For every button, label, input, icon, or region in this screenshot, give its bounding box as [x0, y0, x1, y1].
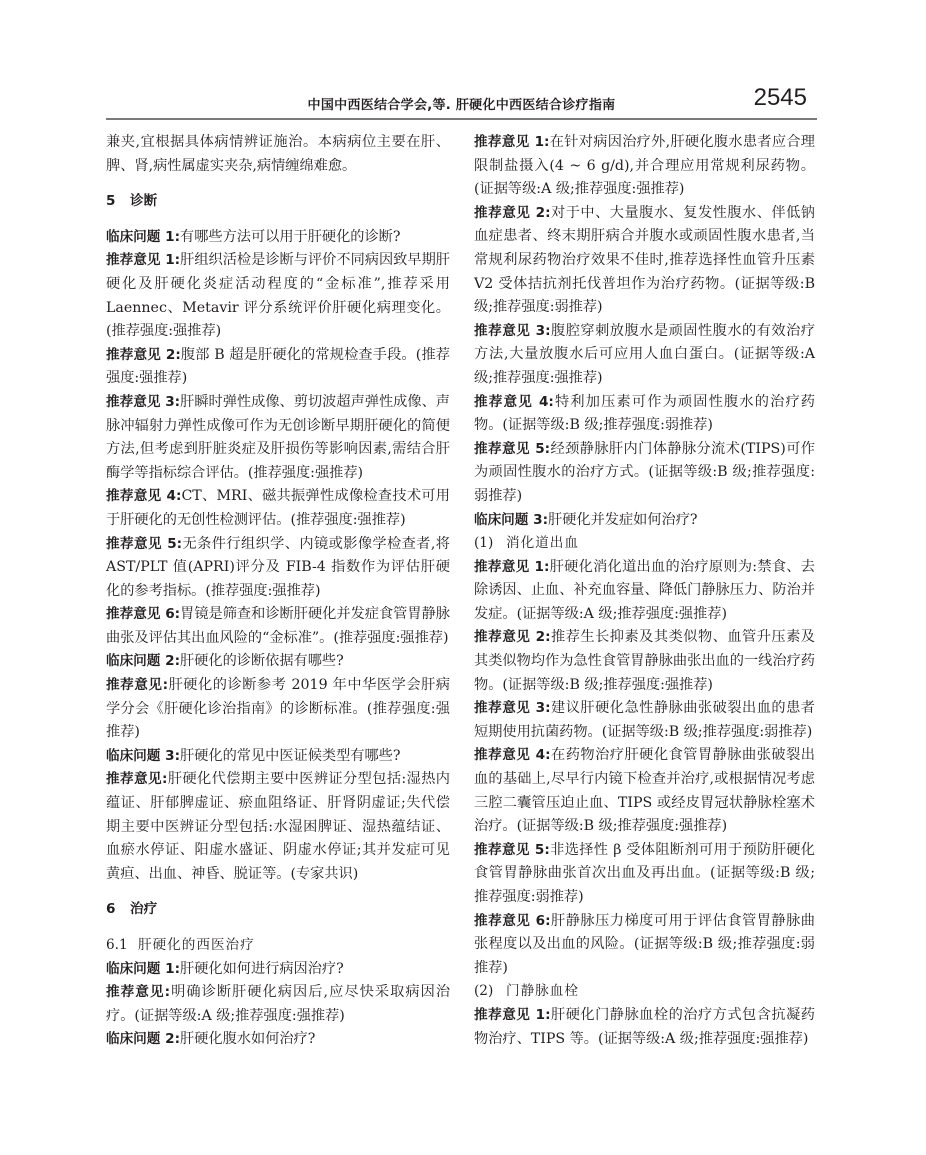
subsection-heading: (1)消化道出血	[474, 532, 815, 556]
recommendation: 推荐意见 1:肝组织活检是诊断与评价不同病因致早期肝硬化及肝硬化炎症活动程度的“…	[106, 249, 450, 343]
recommendation-label: 推荐意见 4:	[474, 747, 551, 763]
recommendation-text: 对于中、大量腹水、复发性腹水、伴低钠血症患者、终末期肝病合并腹水或顽固性腹水患者…	[474, 205, 815, 315]
recommendation: 推荐意见 6:肝静脉压力梯度可用于评估食管胃静脉曲张程度以及出血的风险。(证据等…	[474, 910, 815, 981]
section-number: 5	[106, 190, 130, 214]
recommendation: 推荐意见 4:CT、MRI、磁共振弹性成像检查技术可用于肝硬化的无创性检测评估。…	[106, 485, 450, 532]
recommendation-label: 推荐意见 1:	[106, 252, 180, 268]
recommendation: 推荐意见:肝硬化的诊断参考 2019 年中华医学会肝病学分会《肝硬化诊治指南》的…	[106, 674, 450, 745]
recommendation-label: 推荐意见:	[106, 984, 170, 1000]
recommendation: 推荐意见:肝硬化代偿期主要中医辨证分型包括:湿热内蕴证、肝郁脾虚证、瘀血阻络证、…	[106, 768, 450, 886]
recommendation-label: 推荐意见 5:	[106, 536, 182, 552]
subsection-heading: 6.1肝硬化的西医治疗	[106, 934, 450, 958]
clinical-question: 临床问题 3:肝硬化并发症如何治疗?	[474, 509, 815, 533]
header-rule	[106, 118, 817, 120]
recommendation-label: 推荐意见 4:	[474, 394, 554, 410]
question-text: 有哪些方法可以用于肝硬化的诊断?	[180, 229, 400, 245]
recommendation: 推荐意见 3:腹腔穿刺放腹水是顽固性腹水的有效治疗方法,大量放腹水后可应用人血白…	[474, 320, 815, 391]
section-heading-diagnosis: 5诊断	[106, 190, 450, 214]
question-label: 临床问题 3:	[106, 748, 180, 764]
question-text: 肝硬化的常见中医证候类型有哪些?	[180, 748, 400, 764]
recommendation-label: 推荐意见:	[106, 771, 167, 787]
section-number: 6	[106, 898, 130, 922]
clinical-question: 临床问题 2:肝硬化的诊断依据有哪些?	[106, 650, 450, 674]
recommendation-label: 推荐意见 2:	[474, 629, 551, 645]
recommendation: 推荐意见 2:推荐生长抑素及其类似物、血管升压素及其类似物均作为急性食管胃静脉曲…	[474, 626, 815, 697]
recommendation: 推荐意见 5:无条件行组织学、内镜或影像学检查者,将 AST/PLT 值(APR…	[106, 533, 450, 604]
section-title: 诊断	[130, 193, 157, 209]
recommendation: 推荐意见 5:非选择性 β 受体阻断剂可用于预防肝硬化食管胃静脉曲张首次出血及再…	[474, 839, 815, 910]
recommendation-label: 推荐意见 1:	[474, 1007, 551, 1023]
question-text: 肝硬化的诊断依据有哪些?	[180, 653, 344, 669]
section-title: 治疗	[130, 901, 157, 917]
clinical-question: 临床问题 1:肝硬化如何进行病因治疗?	[106, 958, 450, 982]
subsection-heading: (2)门静脉血栓	[474, 980, 815, 1004]
recommendation-label: 推荐意见 5:	[474, 441, 550, 457]
recommendation: 推荐意见 3:肝瞬时弹性成像、剪切波超声弹性成像、声脉冲辐射力弹性成像可作为无创…	[106, 391, 450, 485]
recommendation-label: 推荐意见 4:	[106, 488, 181, 504]
recommendation-label: 推荐意见 2:	[474, 205, 551, 221]
question-text: 肝硬化并发症如何治疗?	[548, 512, 697, 528]
recommendation: 推荐意见 1:肝硬化消化道出血的治疗原则为:禁食、去除诱因、止血、补充血容量、降…	[474, 556, 815, 627]
running-title: 中国中西医结合学会,等. 肝硬化中西医结合诊疗指南	[106, 94, 817, 113]
intro-paragraph: 兼夹,宜根据具体病情辨证施治。本病病位主要在肝、脾、肾,病性属虚实夹杂,病情缠绵…	[106, 131, 450, 178]
recommendation: 推荐意见 2:对于中、大量腹水、复发性腹水、伴低钠血症患者、终末期肝病合并腹水或…	[474, 202, 815, 320]
left-column: 兼夹,宜根据具体病情辨证施治。本病病位主要在肝、脾、肾,病性属虚实夹杂,病情缠绵…	[106, 131, 450, 1052]
question-label: 临床问题 2:	[106, 653, 180, 669]
recommendation-label: 推荐意见 3:	[474, 700, 551, 716]
right-column: 推荐意见 1:在针对病因治疗外,肝硬化腹水患者应合理限制盐摄入(4 ~ 6 g/…	[474, 131, 815, 1051]
recommendation: 推荐意见:明确诊断肝硬化病因后,应尽快采取病因治疗。(证据等级:A 级;推荐强度…	[106, 981, 450, 1028]
page-number: 2545	[754, 84, 807, 112]
recommendation: 推荐意见 3:建议肝硬化急性静脉曲张破裂出血的患者短期使用抗菌药物。(证据等级:…	[474, 697, 815, 744]
subsection-title: 消化道出血	[506, 535, 579, 551]
recommendation: 推荐意见 4:在药物治疗肝硬化食管胃静脉曲张破裂出血的基础上,尽早行内镜下检查并…	[474, 744, 815, 838]
subsection-number: (2)	[474, 980, 506, 1004]
recommendation-label: 推荐意见 6:	[474, 913, 551, 929]
subsection-title: 肝硬化的西医治疗	[138, 937, 255, 953]
question-label: 临床问题 1:	[106, 229, 180, 245]
question-text: 肝硬化如何进行病因治疗?	[180, 961, 344, 977]
recommendation-label: 推荐意见 5:	[474, 842, 550, 858]
subsection-number: 6.1	[106, 934, 138, 958]
question-label: 临床问题 1:	[106, 961, 180, 977]
clinical-question: 临床问题 2:肝硬化腹水如何治疗?	[106, 1028, 450, 1052]
recommendation: 推荐意见 5:经颈静脉肝内门体静脉分流术(TIPS)可作为顽固性腹水的治疗方式。…	[474, 438, 815, 509]
recommendation: 推荐意见 4:特利加压素可作为顽固性腹水的治疗药物。(证据等级:B 级;推荐强度…	[474, 391, 815, 438]
question-label: 临床问题 3:	[474, 512, 548, 528]
recommendation: 推荐意见 6:胃镜是筛查和诊断肝硬化并发症食管胃静脉曲张及评估其出血风险的“金标…	[106, 603, 450, 650]
recommendation-label: 推荐意见 3:	[474, 323, 551, 339]
recommendation-label: 推荐意见 1:	[474, 559, 549, 575]
section-heading-treatment: 6治疗	[106, 898, 450, 922]
recommendation: 推荐意见 2:腹部 B 超是肝硬化的常规检查手段。(推荐强度:强推荐)	[106, 344, 450, 391]
recommendation: 推荐意见 1:肝硬化门静脉血栓的治疗方式包含抗凝药物治疗、TIPS 等。(证据等…	[474, 1004, 815, 1051]
recommendation-label: 推荐意见 1:	[474, 134, 549, 150]
clinical-question: 临床问题 1:有哪些方法可以用于肝硬化的诊断?	[106, 226, 450, 250]
question-text: 肝硬化腹水如何治疗?	[180, 1031, 315, 1047]
running-header: 中国中西医结合学会,等. 肝硬化中西医结合诊疗指南 2545	[106, 86, 817, 120]
question-label: 临床问题 2:	[106, 1031, 180, 1047]
recommendation: 推荐意见 1:在针对病因治疗外,肝硬化腹水患者应合理限制盐摄入(4 ~ 6 g/…	[474, 131, 815, 202]
recommendation-label: 推荐意见 6:	[106, 606, 180, 622]
subsection-number: (1)	[474, 532, 506, 556]
recommendation-label: 推荐意见:	[106, 677, 168, 693]
recommendation-label: 推荐意见 3:	[106, 394, 180, 410]
subsection-title: 门静脉血栓	[506, 983, 579, 999]
recommendation-text: 肝硬化代偿期主要中医辨证分型包括:湿热内蕴证、肝郁脾虚证、瘀血阻络证、肝肾阴虚证…	[106, 771, 450, 881]
clinical-question: 临床问题 3:肝硬化的常见中医证候类型有哪些?	[106, 745, 450, 769]
recommendation-label: 推荐意见 2:	[106, 347, 181, 363]
